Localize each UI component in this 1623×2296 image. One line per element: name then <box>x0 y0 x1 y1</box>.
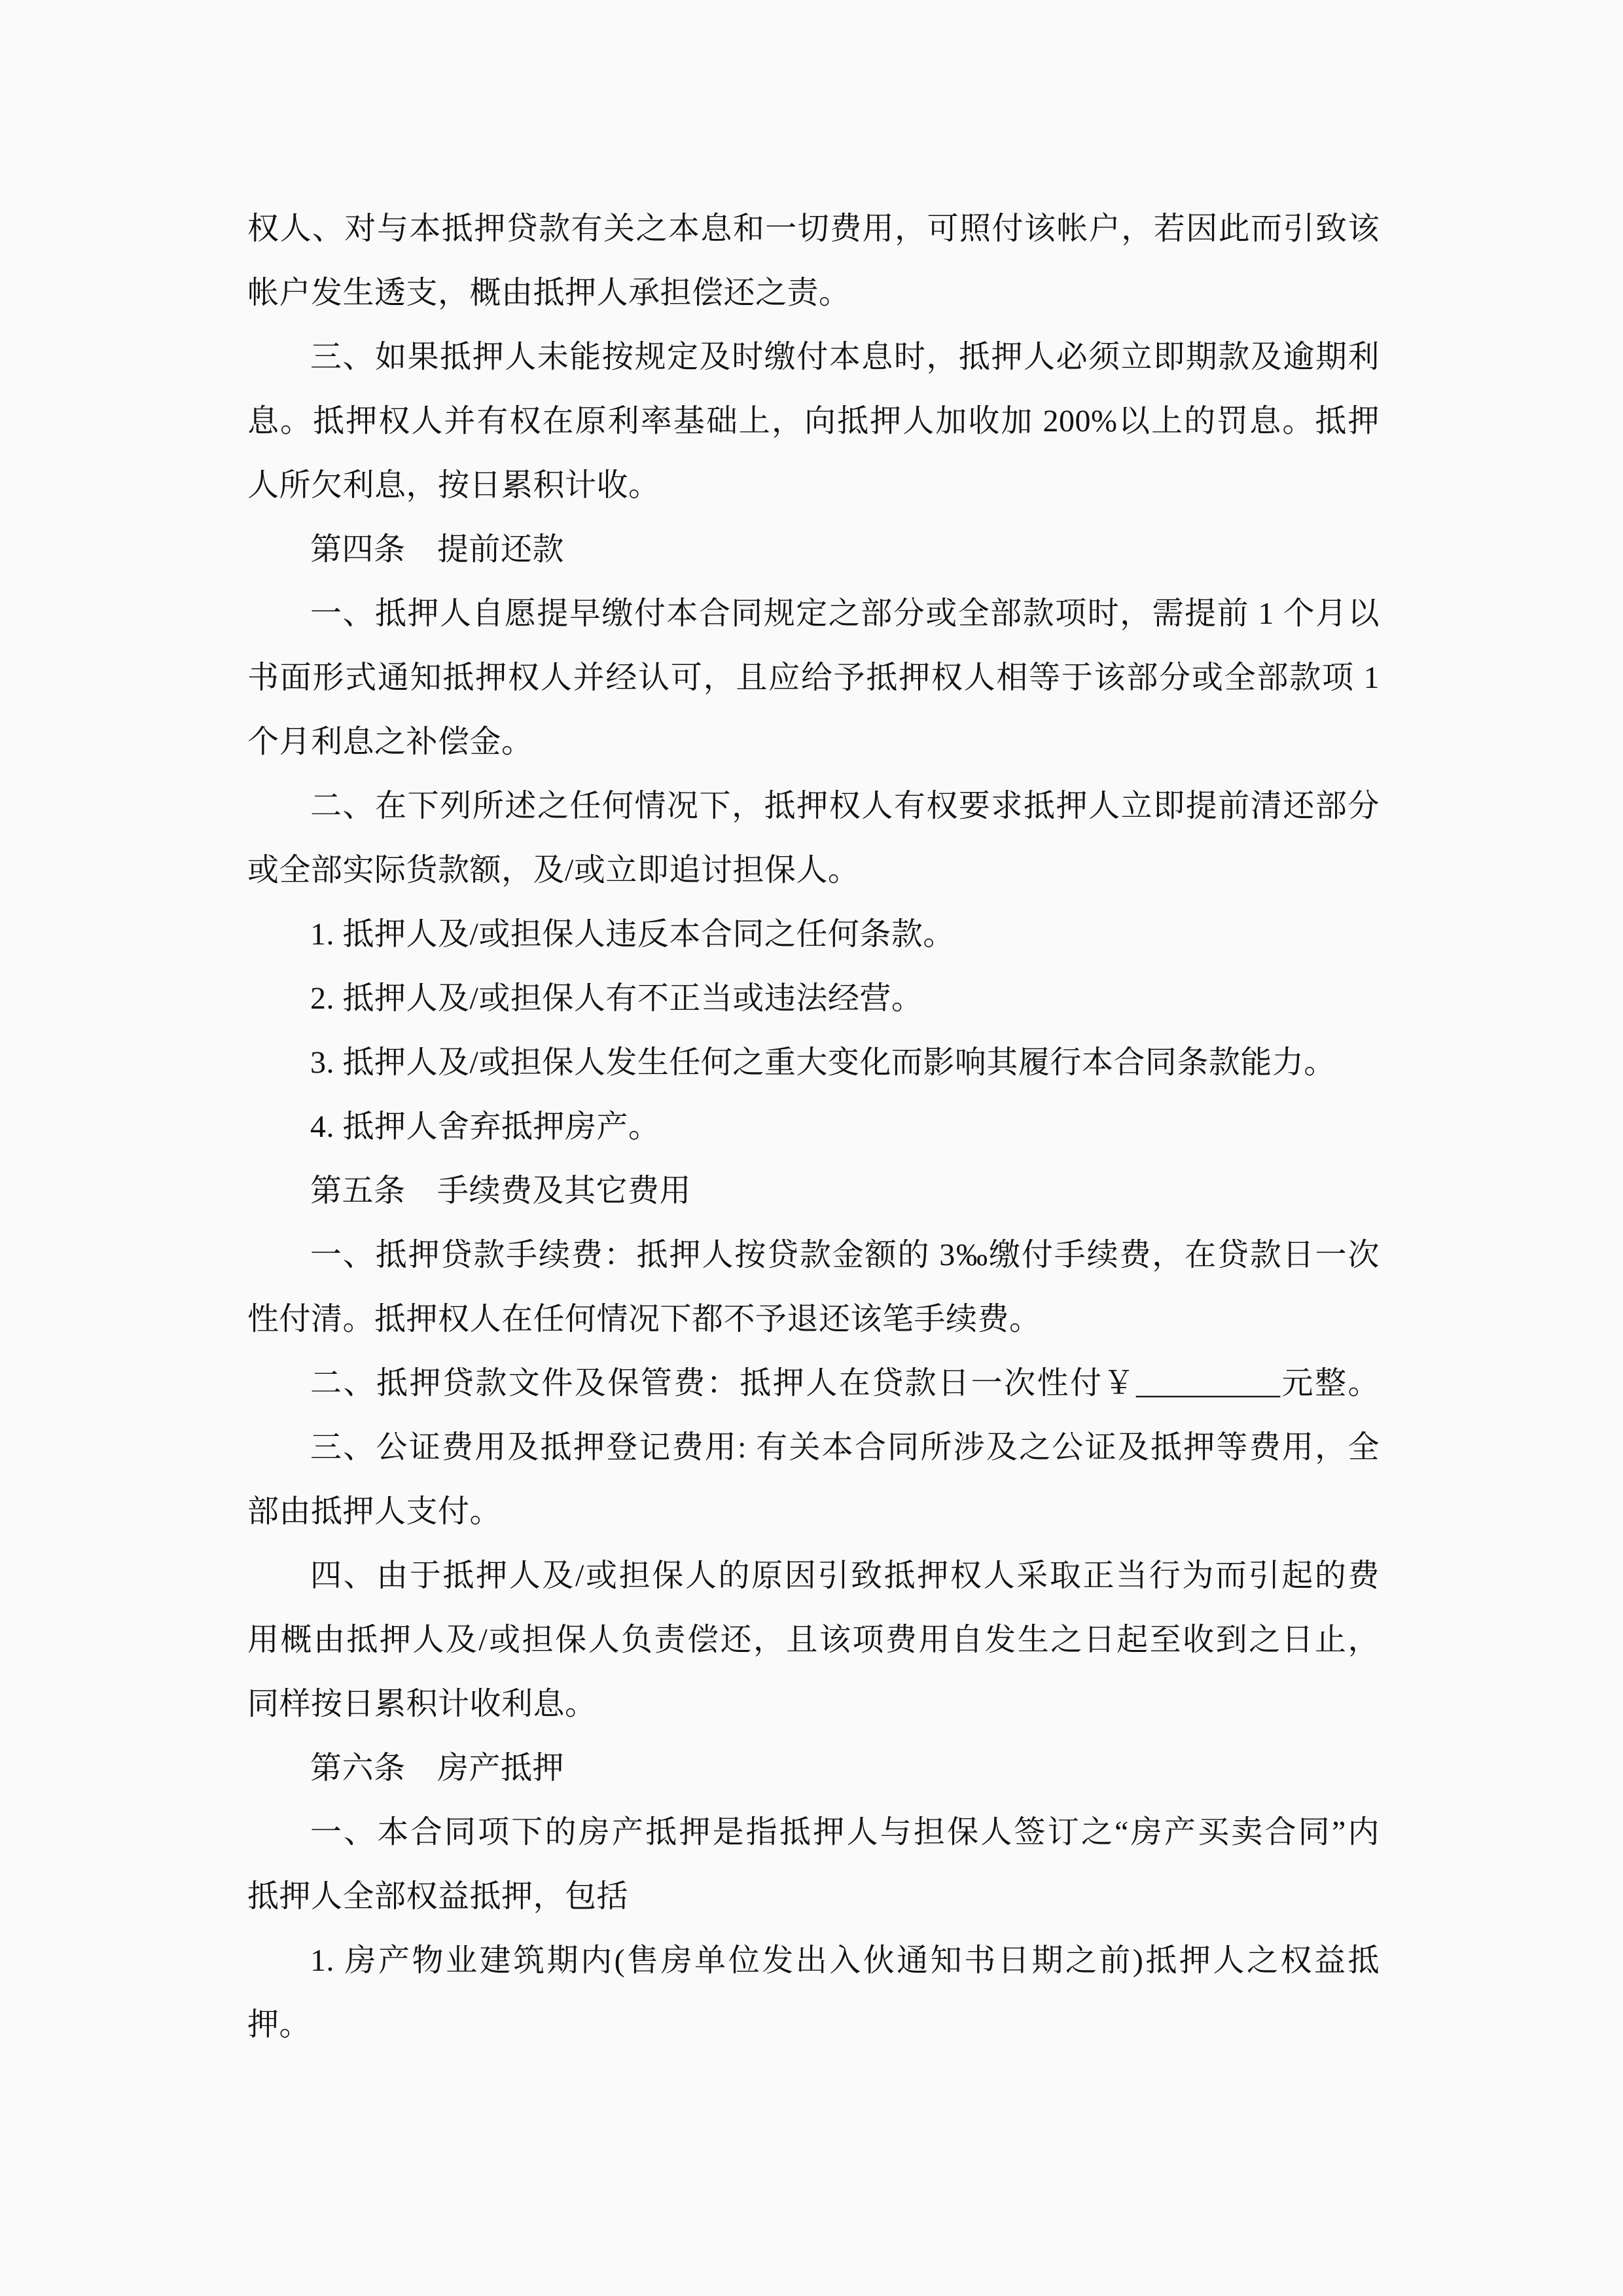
contract-line-21: 部由抵押人支付。 <box>247 1480 1380 1544</box>
contract-line-12: 1. 抵押人及/或担保人违反本合同之任何条款。 <box>247 903 1380 967</box>
contract-line-7: 一、抵押人自愿提早缴付本合同规定之部分或全部款项时，需提前 1 个月以 <box>247 582 1380 646</box>
contract-line-23: 用概由抵押人及/或担保人负责偿还，且该项费用自发生之日起至收到之日止， <box>247 1608 1380 1672</box>
contract-text-block: 权人、对与本抵押贷款有关之本息和一切费用，可照付该帐户，若因此而引致该帐户发生透… <box>247 197 1380 2057</box>
contract-line-19: 二、抵押贷款文件及保管费：抵押人在贷款日一次性付￥_________元整。 <box>247 1352 1380 1416</box>
contract-line-6: 第四条 提前还款 <box>247 518 1380 582</box>
contract-line-2: 帐户发生透支，概由抵押人承担偿还之责。 <box>247 261 1380 325</box>
contract-line-13: 2. 抵押人及/或担保人有不正当或违法经营。 <box>247 967 1380 1031</box>
contract-line-10: 二、在下列所述之任何情况下，抵押权人有权要求抵押人立即提前清还部分 <box>247 774 1380 838</box>
contract-line-25: 第六条 房产抵押 <box>247 1736 1380 1801</box>
contract-line-17: 一、抵押贷款手续费：抵押人按贷款金额的 3‰缴付手续费，在贷款日一次 <box>247 1223 1380 1287</box>
contract-line-22: 四、由于抵押人及/或担保人的原因引致抵押权人采取正当行为而引起的费 <box>247 1544 1380 1608</box>
contract-line-1: 权人、对与本抵押贷款有关之本息和一切费用，可照付该帐户，若因此而引致该 <box>247 197 1380 261</box>
document-page: 权人、对与本抵押贷款有关之本息和一切费用，可照付该帐户，若因此而引致该帐户发生透… <box>0 0 1623 2296</box>
contract-line-8: 书面形式通知抵押权人并经认可，且应给予抵押权人相等于该部分或全部款项 1 <box>247 646 1380 710</box>
contract-line-9: 个月利息之补偿金。 <box>247 710 1380 774</box>
contract-line-11: 或全部实际货款额，及/或立即追讨担保人。 <box>247 838 1380 903</box>
contract-line-24: 同样按日累积计收利息。 <box>247 1672 1380 1736</box>
contract-line-26: 一、本合同项下的房产抵押是指抵押人与担保人签订之“房产买卖合同”内 <box>247 1801 1380 1865</box>
contract-line-4: 息。抵押权人并有权在原利率基础上，向抵押人加收加 200%以上的罚息。抵押 <box>247 389 1380 454</box>
contract-line-27: 抵押人全部权益抵押，包括 <box>247 1865 1380 1929</box>
contract-line-20: 三、公证费用及抵押登记费用: 有关本合同所涉及之公证及抵押等费用，全 <box>247 1416 1380 1480</box>
contract-line-16: 第五条 手续费及其它费用 <box>247 1159 1380 1223</box>
contract-line-15: 4. 抵押人舍弃抵押房产。 <box>247 1095 1380 1159</box>
contract-line-3: 三、如果抵押人未能按规定及时缴付本息时，抵押人必须立即期款及逾期利 <box>247 325 1380 389</box>
contract-line-29: 押。 <box>247 1993 1380 2057</box>
contract-line-5: 人所欠利息，按日累积计收。 <box>247 454 1380 518</box>
contract-line-28: 1. 房产物业建筑期内(售房单位发出入伙通知书日期之前)抵押人之权益抵 <box>247 1929 1380 1993</box>
contract-line-14: 3. 抵押人及/或担保人发生任何之重大变化而影响其履行本合同条款能力。 <box>247 1031 1380 1095</box>
contract-line-18: 性付清。抵押权人在任何情况下都不予退还该笔手续费。 <box>247 1287 1380 1352</box>
